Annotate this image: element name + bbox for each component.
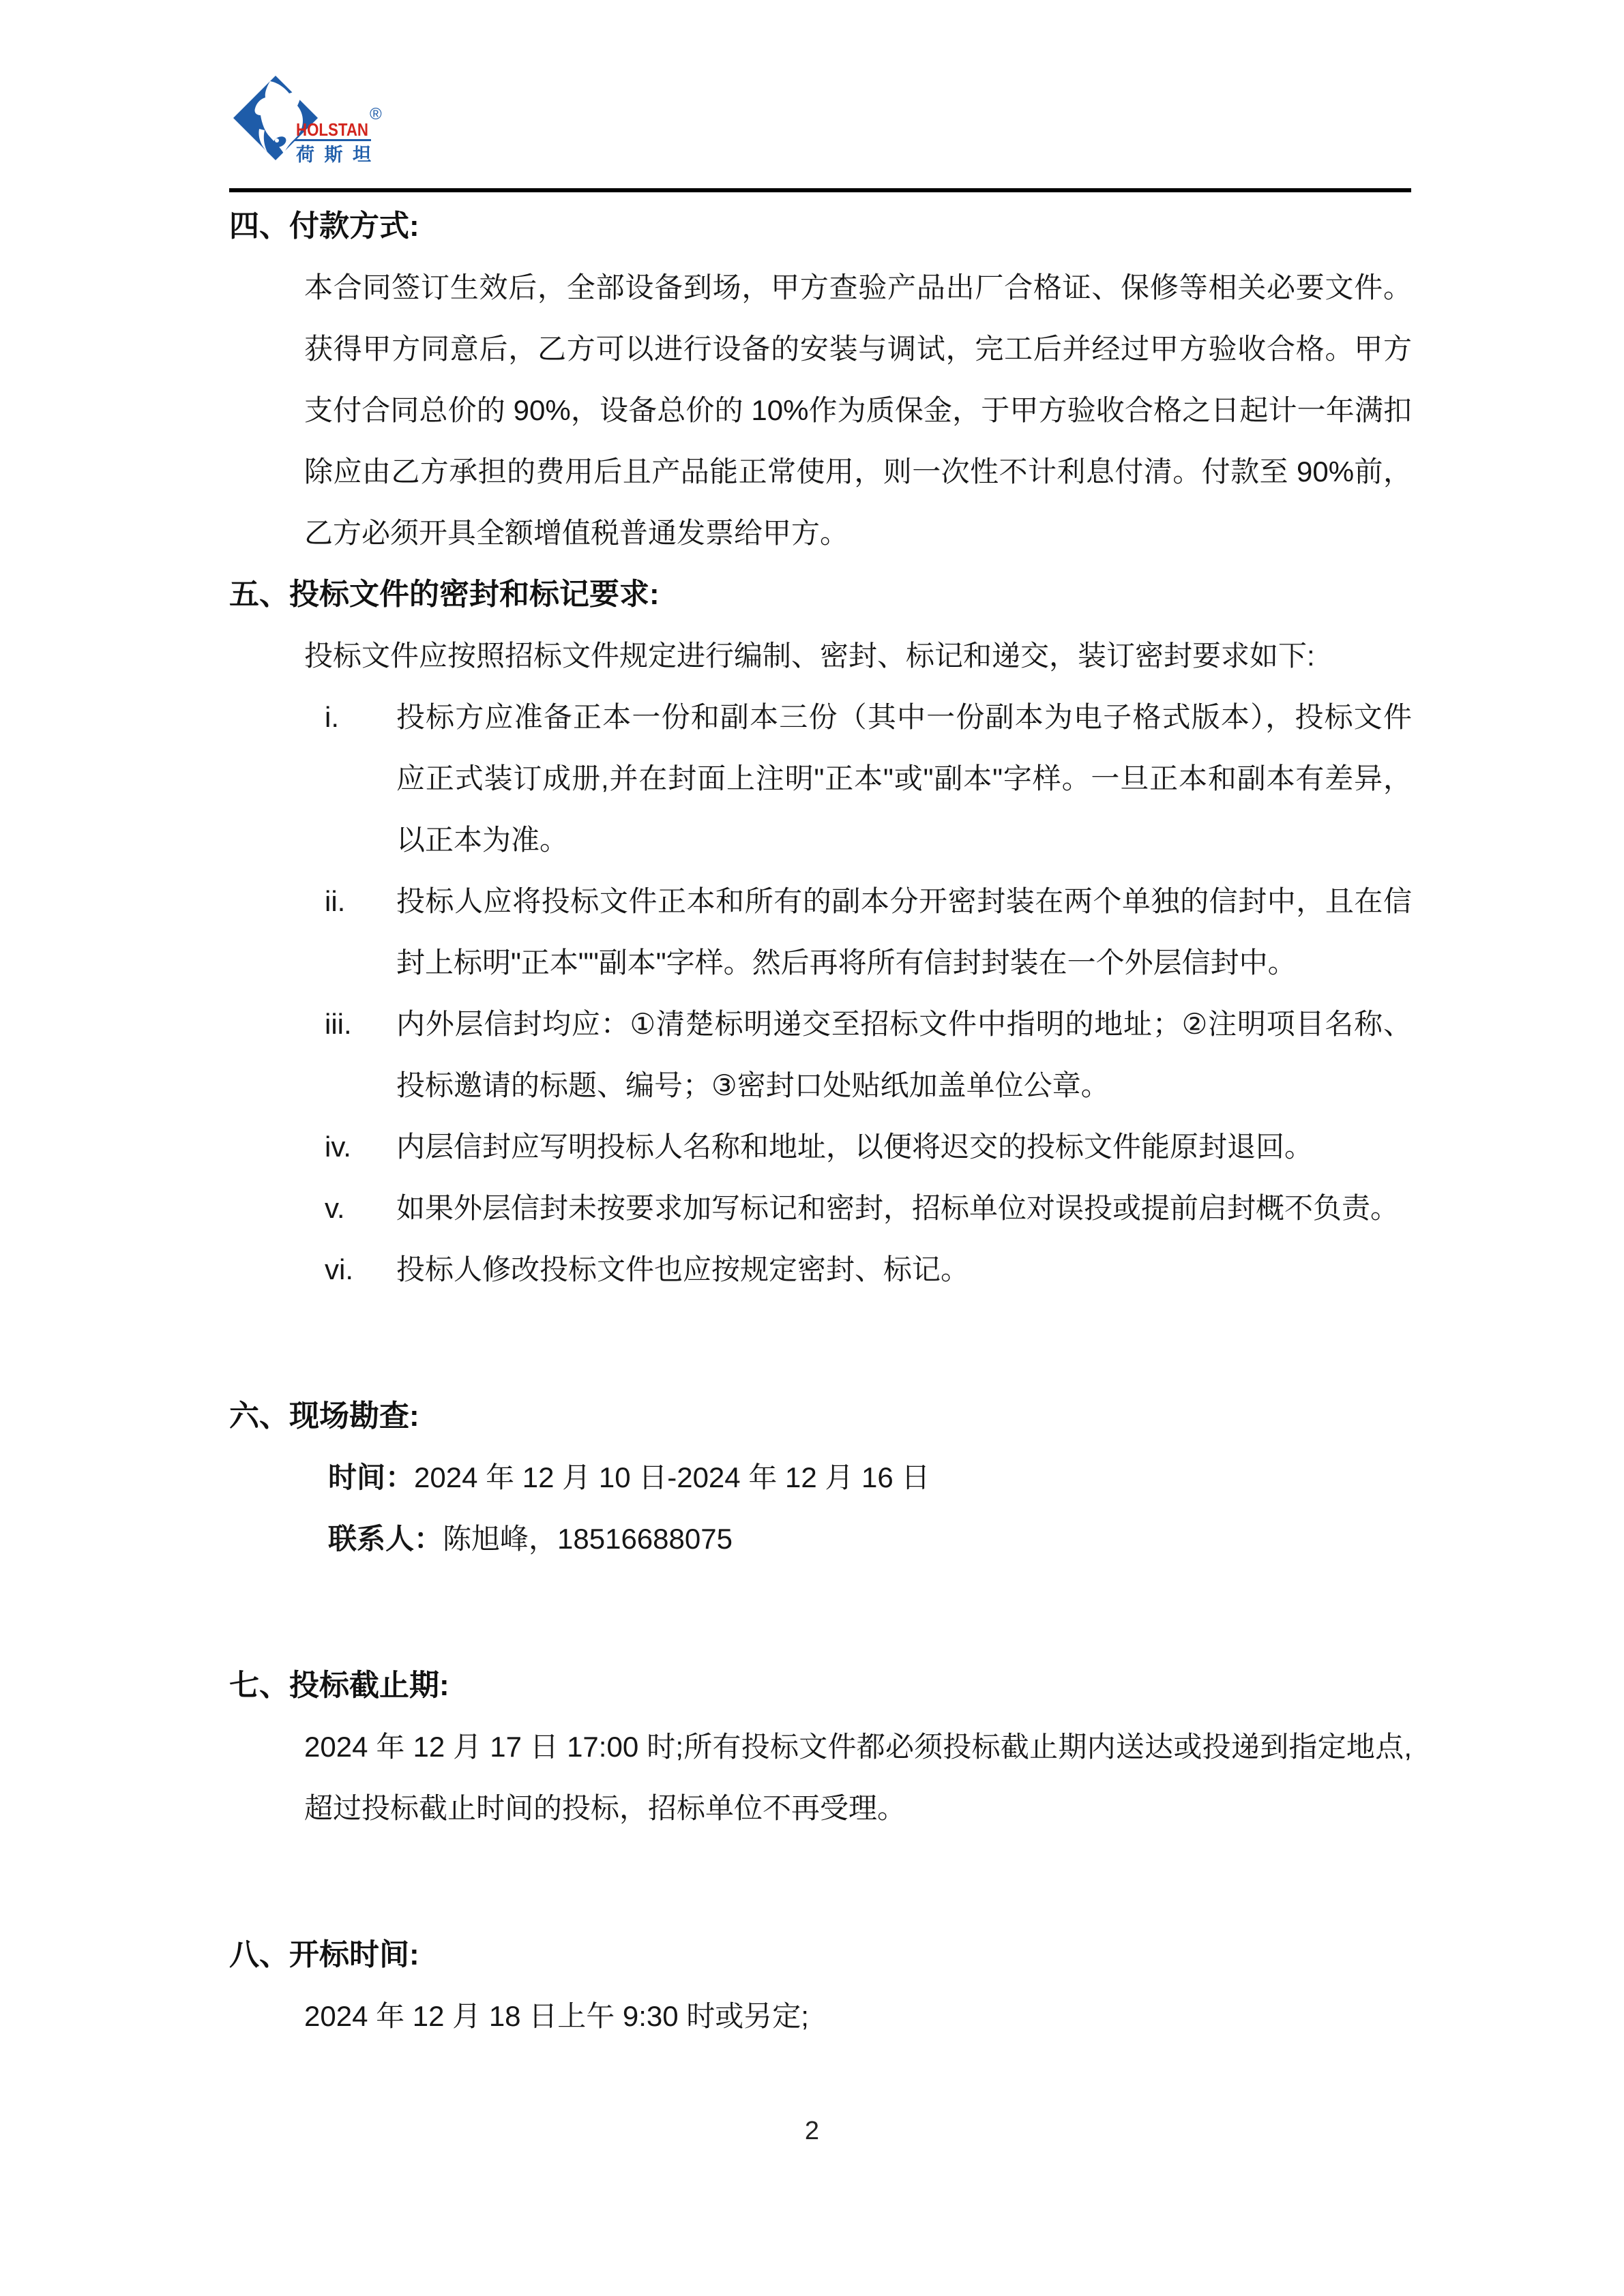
section-opening-paragraph: 2024 年 12 月 18 日上午 9:30 时或另定; <box>304 1986 1412 2047</box>
page-number: 2 <box>0 2111 1624 2151</box>
list-item-text: 投标人应将投标文件正本和所有的副本分开密封装在两个单独的信封中，且在信封上标明"… <box>396 871 1412 994</box>
list-item-text: 内外层信封均应：①清楚标明递交至招标文件中指明的地址；②注明项目名称、投标邀请的… <box>396 994 1412 1116</box>
list-item-text: 投标方应准备正本一份和副本三份（其中一份副本为电子格式版本），投标文件应正式装订… <box>396 687 1412 871</box>
list-item-v: v. 如果外层信封未按要求加写标记和密封，招标单位对误投或提前启封概不负责。 <box>325 1178 1412 1239</box>
company-logo: HOLSTAN ® 荷斯坦 <box>229 70 386 166</box>
document-body: 四、付款方式: 本合同签订生效后，全部设备到场，甲方查验产品出厂合格证、保修等相… <box>229 196 1412 2047</box>
section-payment-heading: 四、付款方式: <box>229 196 1412 257</box>
list-item-text: 投标人修改投标文件也应按规定密封、标记。 <box>396 1239 1412 1300</box>
section-opening: 八、开标时间: 2024 年 12 月 18 日上午 9:30 时或另定; <box>229 1924 1412 2047</box>
list-item-text: 如果外层信封未按要求加写标记和密封，招标单位对误投或提前启封概不负责。 <box>396 1178 1412 1239</box>
list-marker: vi. <box>325 1239 396 1300</box>
list-item-iv: iv. 内层信封应写明投标人名称和地址，以便将迟交的投标文件能原封退回。 <box>325 1116 1412 1178</box>
contact-value: 陈旭峰，18516688075 <box>443 1523 733 1555</box>
section-deadline-heading: 七、投标截止期: <box>229 1655 1412 1716</box>
time-value: 2024 年 12 月 10 日-2024 年 12 月 16 日 <box>414 1461 930 1493</box>
document-page: HOLSTAN ® 荷斯坦 四、付款方式: 本合同签订生效后，全部设备到场，甲方… <box>0 0 1624 2296</box>
section-site-survey-heading: 六、现场勘查: <box>229 1386 1412 1447</box>
list-marker: i. <box>325 687 396 871</box>
logo-chinese-text: 荷斯坦 <box>296 145 371 165</box>
time-label: 时间： <box>328 1461 414 1493</box>
list-marker: ii. <box>325 871 396 994</box>
section-opening-heading: 八、开标时间: <box>229 1924 1412 1986</box>
sealing-requirements-list: i. 投标方应准备正本一份和副本三份（其中一份副本为电子格式版本），投标文件应正… <box>229 687 1412 1300</box>
section-payment-paragraph: 本合同签订生效后，全部设备到场，甲方查验产品出厂合格证、保修等相关必要文件。获得… <box>304 257 1412 564</box>
section-site-survey: 六、现场勘查: 时间：2024 年 12 月 10 日-2024 年 12 月 … <box>229 1386 1412 1570</box>
list-marker: iii. <box>325 994 396 1116</box>
site-survey-time-line: 时间：2024 年 12 月 10 日-2024 年 12 月 16 日 <box>328 1447 1412 1508</box>
section-sealing-heading: 五、投标文件的密封和标记要求: <box>229 564 1412 625</box>
registered-mark-icon: ® <box>370 105 382 123</box>
section-payment: 四、付款方式: 本合同签订生效后，全部设备到场，甲方查验产品出厂合格证、保修等相… <box>229 196 1412 564</box>
list-item-i: i. 投标方应准备正本一份和副本三份（其中一份副本为电子格式版本），投标文件应正… <box>325 687 1412 871</box>
section-sealing-intro: 投标文件应按照招标文件规定进行编制、密封、标记和递交，装订密封要求如下: <box>304 625 1412 687</box>
section-deadline-paragraph: 2024 年 12 月 17 日 17:00 时;所有投标文件都必须投标截止期内… <box>304 1716 1412 1839</box>
list-marker: iv. <box>325 1116 396 1178</box>
header-divider <box>229 188 1411 192</box>
holstan-logo-graphic: HOLSTAN ® 荷斯坦 <box>229 70 386 166</box>
cow-nostril-dot <box>275 138 279 143</box>
list-item-vi: vi. 投标人修改投标文件也应按规定密封、标记。 <box>325 1239 1412 1300</box>
contact-label: 联系人： <box>328 1523 443 1555</box>
list-marker: v. <box>325 1178 396 1239</box>
logo-brand-text: HOLSTAN <box>296 119 368 140</box>
list-item-text: 内层信封应写明投标人名称和地址，以便将迟交的投标文件能原封退回。 <box>396 1116 1412 1178</box>
list-item-iii: iii. 内外层信封均应：①清楚标明递交至招标文件中指明的地址；②注明项目名称、… <box>325 994 1412 1116</box>
section-deadline: 七、投标截止期: 2024 年 12 月 17 日 17:00 时;所有投标文件… <box>229 1655 1412 1839</box>
list-item-ii: ii. 投标人应将投标文件正本和所有的副本分开密封装在两个单独的信封中，且在信封… <box>325 871 1412 994</box>
site-survey-contact-line: 联系人：陈旭峰，18516688075 <box>328 1508 1412 1570</box>
logo-underline <box>295 139 371 141</box>
section-sealing: 五、投标文件的密封和标记要求: 投标文件应按照招标文件规定进行编制、密封、标记和… <box>229 564 1412 1300</box>
